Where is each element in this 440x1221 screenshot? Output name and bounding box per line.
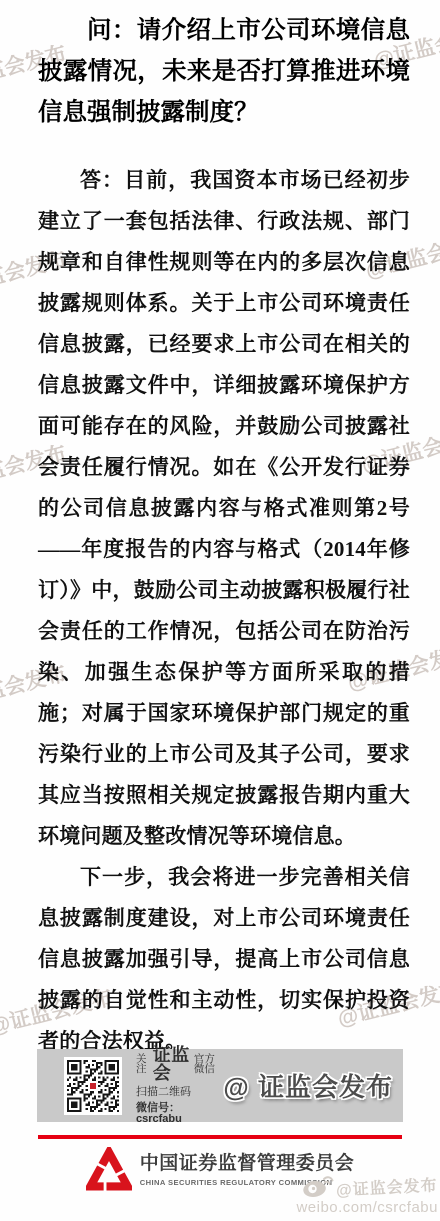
wechat-follow-suffix: 官方微信: [194, 1054, 224, 1075]
wechat-banner: 关注 证监会 官方微信 扫描二维码 微信号：csrcfabu @ 证监会发布: [37, 1049, 403, 1122]
csrc-logo-icon: [86, 1147, 132, 1193]
wechat-follow-line: 关注 证监会 官方微信: [136, 1046, 223, 1082]
answer-paragraph-1: 答：目前，我国资本市场已经初步建立了一套包括法律、行政法规、部门规章和自律性规则…: [38, 160, 410, 857]
article-body: 问：请介绍上市公司环境信息披露情况，未来是否打算推进环境信息强制披露制度？ 答：…: [38, 10, 410, 1062]
weibo-logo-icon: [302, 1172, 334, 1198]
weibo-watermark: @证监会发布 weibo.com/csrcfabu: [296, 1172, 438, 1216]
red-divider: [38, 1135, 402, 1139]
weibo-watermark-url: weibo.com/csrcfabu: [296, 1199, 438, 1216]
qr-code: [64, 1057, 122, 1115]
wechat-banner-text: 关注 证监会 官方微信 扫描二维码 微信号：csrcfabu: [136, 1046, 223, 1125]
weibo-watermark-handle: @证监会发布: [336, 1172, 439, 1200]
wechat-follow-prefix: 关注: [136, 1054, 151, 1075]
wechat-account-id: 微信号：csrcfabu: [136, 1103, 223, 1125]
answer-paragraph-2: 下一步，我会将进一步完善相关信息披露制度建设，对上市公司环境责任信息披露加强引导…: [38, 857, 410, 1062]
question-title: 问：请介绍上市公司环境信息披露情况，未来是否打算推进环境信息强制披露制度？: [38, 10, 410, 133]
weibo-post-image: @证监会发布 @证监会发布 @证监会发布 @证监会发布 @证监会发布 @证监会发…: [0, 0, 440, 1221]
weibo-handle-badge: @ 证监会发布: [223, 1067, 393, 1104]
wechat-brand-name: 证监会: [153, 1046, 192, 1082]
wechat-scan-hint: 扫描二维码: [136, 1087, 223, 1098]
